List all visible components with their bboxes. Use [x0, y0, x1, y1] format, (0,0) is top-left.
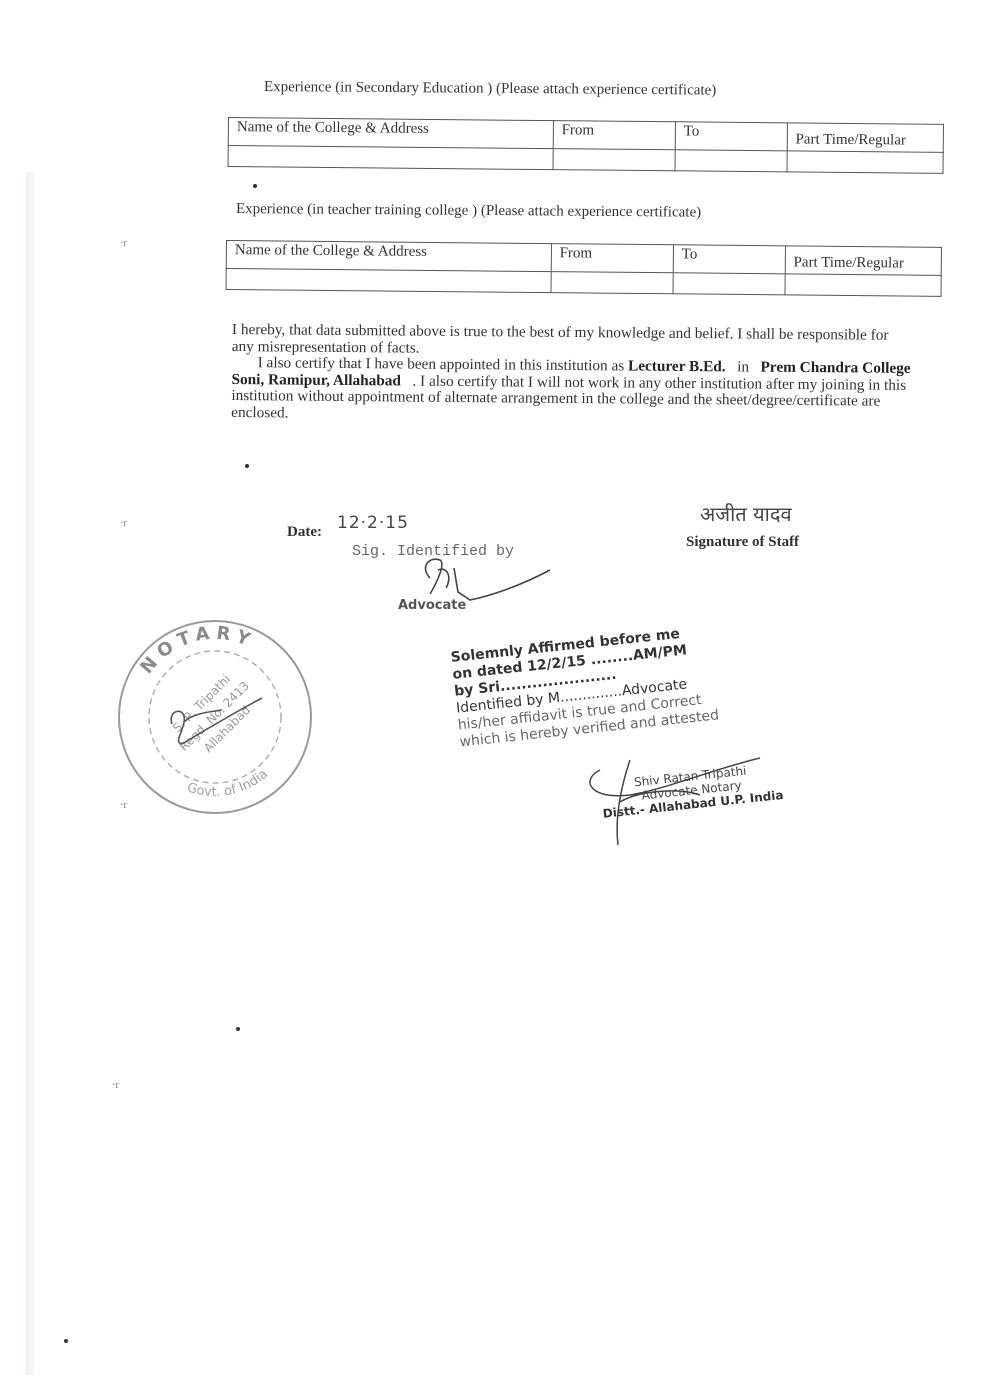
secondary-education-heading: Experience (in Secondary Education ) (Pl…	[264, 79, 716, 100]
margin-mark: ·r	[120, 518, 127, 529]
notary-signature-block: Shiv Ratan Tripathi Advocate Notary Dist…	[590, 759, 793, 822]
margin-mark: ·r	[120, 800, 127, 811]
cell-from	[551, 272, 673, 294]
position-title: Lecturer B.Ed.	[628, 357, 726, 375]
svg-text:Govt. of India: Govt. of India	[185, 767, 271, 800]
staff-signature-handwritten: अजीत यादव	[700, 500, 792, 527]
teacher-training-heading: Experience (in teacher training college …	[236, 201, 701, 222]
scan-speck	[64, 1339, 68, 1343]
margin-mark: ·r	[112, 1080, 119, 1091]
affidavit-attestation-stamp: Solemnly Affirmed before me on dated 12/…	[450, 614, 799, 751]
advocate-label: Advocate	[398, 598, 466, 613]
seal-bottom-text: Govt. of India	[185, 767, 271, 800]
header-college-address: Name of the College & Address	[228, 118, 553, 149]
teacher-training-experience-table: Name of the College & Address From To Pa…	[226, 240, 942, 297]
declaration-in: in	[726, 358, 761, 375]
declaration-paragraph-2: I also certify that I have been appointe…	[231, 355, 912, 427]
svg-text:NOTARY: NOTARY	[136, 622, 258, 678]
paper-fold-shadow	[26, 172, 34, 1375]
declaration-text: I hereby, that data submitted above is t…	[231, 322, 912, 427]
header-part-time-regular: Part Time/Regular	[785, 246, 942, 275]
bullet-dot	[253, 184, 257, 188]
cell-part-time-regular	[785, 274, 942, 296]
cell-to	[675, 150, 787, 172]
cell-college-address	[226, 269, 551, 293]
signature-of-staff-label: Signature of Staff	[686, 534, 799, 551]
notary-seal: NOTARY Govt. of India S. R. Tripathi Reg…	[112, 614, 318, 820]
header-part-time-regular: Part Time/Regular	[787, 123, 944, 152]
scan-speck	[236, 1027, 240, 1031]
cell-from	[553, 149, 675, 171]
date-label: Date:	[287, 524, 322, 541]
signature-identified-by: Sig. Identified by	[352, 543, 514, 560]
cell-to	[673, 273, 785, 295]
margin-mark: ·r	[120, 238, 127, 249]
seal-top-text: NOTARY	[136, 622, 258, 678]
cell-part-time-regular	[787, 151, 944, 173]
bullet-dot	[245, 464, 249, 468]
cell-college-address	[228, 146, 553, 170]
header-from: From	[553, 121, 675, 150]
secondary-education-experience-table: Name of the College & Address From To Pa…	[228, 117, 944, 174]
header-to: To	[675, 122, 787, 151]
header-to: To	[673, 245, 785, 274]
header-college-address: Name of the College & Address	[226, 241, 551, 272]
header-from: From	[551, 244, 673, 273]
date-handwritten: 12·2·15	[337, 513, 409, 533]
